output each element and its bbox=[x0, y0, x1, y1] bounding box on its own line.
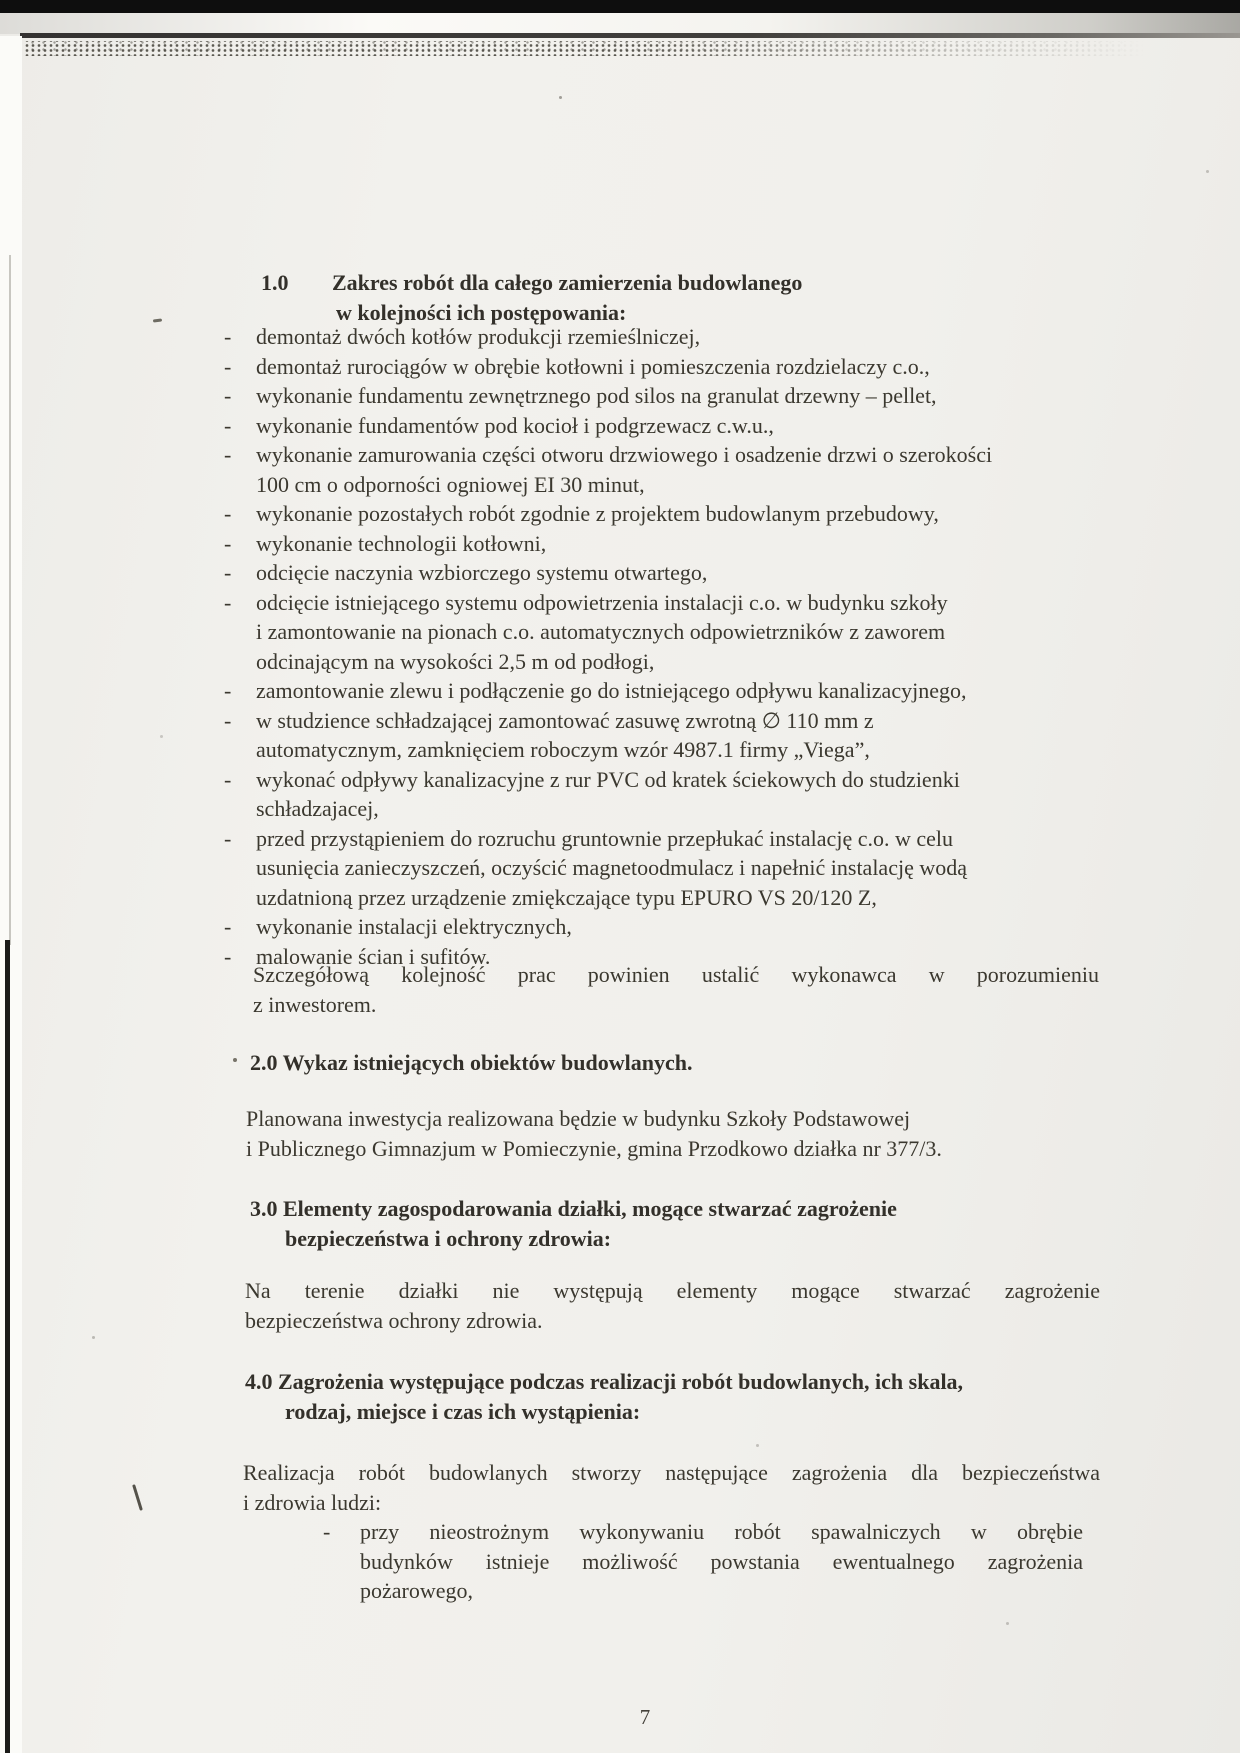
bullet-dash: - bbox=[224, 588, 256, 677]
list-item-line: 100 cm o odporności ogniowej EI 30 minut… bbox=[256, 470, 1116, 500]
section-1-title-line-1: Zakres robót dla całego zamierzenia budo… bbox=[332, 268, 802, 298]
bullet-dash: - bbox=[224, 322, 256, 352]
scan-top-edge bbox=[0, 0, 1240, 13]
scan-mark bbox=[132, 1484, 143, 1511]
sub-item-line: przy nieostrożnym wykonywaniu robót spaw… bbox=[360, 1517, 1083, 1547]
section-3-paragraph: Na terenie działki nie występują element… bbox=[245, 1276, 1100, 1335]
heading-line: 3.0 Elementy zagospodarowania działki, m… bbox=[250, 1194, 897, 1224]
section-2-heading: 2.0 Wykaz istniejących obiektów budowlan… bbox=[250, 1048, 693, 1078]
list-item-line: schładzajacej, bbox=[256, 794, 1116, 824]
section-1-number: 1.0 bbox=[261, 268, 332, 298]
bullet-dash: - bbox=[224, 558, 256, 588]
list-item: - wykonanie fundamentu zewnętrznego pod … bbox=[224, 381, 1124, 411]
speck bbox=[1006, 1622, 1009, 1625]
speck bbox=[160, 735, 163, 738]
list-item: - demontaż dwóch kotłów produkcji rzemie… bbox=[224, 322, 1124, 352]
list-item: - w studzience schładzającej zamontować … bbox=[224, 706, 1124, 765]
list-item-line: odcięcie istniejącego systemu odpowietrz… bbox=[256, 588, 1116, 618]
list-item-line: wykonanie zamurowania części otworu drzw… bbox=[256, 440, 1116, 470]
list-item-line: demontaż dwóch kotłów produkcji rzemieśl… bbox=[256, 322, 1116, 352]
list-item-line: przed przystąpieniem do rozruchu gruntow… bbox=[256, 824, 1116, 854]
list-item: - wykonanie instalacji elektrycznych, bbox=[224, 912, 1124, 942]
list-item-line: wykonanie fundamentów pod kocioł i podgr… bbox=[256, 411, 1116, 441]
list-item-line: zamontowanie zlewu i podłączenie go do i… bbox=[256, 676, 1116, 706]
list-item-line: wykonanie fundamentu zewnętrznego pod si… bbox=[256, 381, 1116, 411]
bullet-dash: - bbox=[224, 411, 256, 441]
scope-of-works-list: - demontaż dwóch kotłów produkcji rzemie… bbox=[224, 322, 1124, 971]
paragraph-line: Realizacja robót budowlanych stworzy nas… bbox=[243, 1458, 1100, 1488]
list-item: - odcięcie istniejącego systemu odpowiet… bbox=[224, 588, 1124, 677]
speck bbox=[92, 1336, 95, 1339]
bullet-dash: - bbox=[224, 529, 256, 559]
section-4-heading: 4.0 Zagrożenia występujące podczas reali… bbox=[245, 1367, 963, 1426]
scan-top-line bbox=[20, 33, 1240, 38]
paragraph-line: z inwestorem. bbox=[253, 990, 1099, 1020]
section-1-closing-paragraph: Szczegółową kolejność prac powinien usta… bbox=[253, 960, 1099, 1019]
heading-line: rodzaj, miejsce i czas ich wystąpienia: bbox=[285, 1397, 963, 1427]
scan-left-edge-faint bbox=[9, 255, 11, 945]
scanned-page: 1.0 Zakres robót dla całego zamierzenia … bbox=[0, 0, 1240, 1753]
bullet-dash: - bbox=[224, 499, 256, 529]
list-item-line: automatycznym, zamknięciem roboczym wzór… bbox=[256, 735, 1116, 765]
list-item: - wykonać odpływy kanalizacyjne z rur PV… bbox=[224, 765, 1124, 824]
section-4-paragraph: Realizacja robót budowlanych stworzy nas… bbox=[243, 1458, 1100, 1517]
list-item: - odcięcie naczynia wzbiorczego systemu … bbox=[224, 558, 1124, 588]
list-item: - zamontowanie zlewu i podłączenie go do… bbox=[224, 676, 1124, 706]
sub-item-line: pożarowego, bbox=[360, 1576, 1083, 1606]
section-4-sub-item: - przy nieostrożnym wykonywaniu robót sp… bbox=[323, 1517, 1083, 1606]
bullet-dash: - bbox=[224, 824, 256, 913]
list-item: - demontaż rurociągów w obrębie kotłowni… bbox=[224, 352, 1124, 382]
heading-line: bezpieczeństwa i ochrony zdrowia: bbox=[285, 1224, 897, 1254]
bullet-dash: - bbox=[224, 765, 256, 824]
scan-left-edge-dark bbox=[5, 940, 10, 1753]
bullet-dash: - bbox=[224, 381, 256, 411]
bullet-dash: - bbox=[323, 1517, 360, 1606]
list-item-line: w studzience schładzającej zamontować za… bbox=[256, 706, 1116, 736]
scan-left-strip bbox=[0, 36, 22, 1753]
paragraph-line: i zdrowia ludzi: bbox=[243, 1488, 1100, 1518]
section-1-heading: 1.0 Zakres robót dla całego zamierzenia … bbox=[261, 268, 802, 327]
section-2-paragraph: Planowana inwestycja realizowana będzie … bbox=[246, 1104, 1126, 1163]
heading-line: 4.0 Zagrożenia występujące podczas reali… bbox=[245, 1367, 963, 1397]
list-item-line: uzdatnioną przez urządzenie zmiękczające… bbox=[256, 883, 1116, 913]
bullet-dash: - bbox=[224, 440, 256, 499]
bullet-dash: - bbox=[224, 942, 256, 972]
scan-noise-row bbox=[24, 41, 1144, 56]
list-item-line: wykonać odpływy kanalizacyjne z rur PVC … bbox=[256, 765, 1116, 795]
list-item: - wykonanie technologii kotłowni, bbox=[224, 529, 1124, 559]
sub-item-line: budynków istnieje możliwość powstania ew… bbox=[360, 1547, 1083, 1577]
scan-mark bbox=[233, 1058, 237, 1062]
list-item: - wykonanie zamurowania części otworu dr… bbox=[224, 440, 1124, 499]
list-item-line: odcinającym na wysokości 2,5 m od podłog… bbox=[256, 647, 1116, 677]
list-item-line: wykonanie instalacji elektrycznych, bbox=[256, 912, 1116, 942]
paragraph-line: i Publicznego Gimnazjum w Pomieczynie, g… bbox=[246, 1134, 1126, 1164]
list-item-line: odcięcie naczynia wzbiorczego systemu ot… bbox=[256, 558, 1116, 588]
speck bbox=[559, 96, 562, 99]
list-item: - przed przystąpieniem do rozruchu grunt… bbox=[224, 824, 1124, 913]
list-item-line: wykonanie pozostałych robót zgodnie z pr… bbox=[256, 499, 1116, 529]
list-item-line: wykonanie technologii kotłowni, bbox=[256, 529, 1116, 559]
page-number: 7 bbox=[600, 1705, 690, 1730]
bullet-dash: - bbox=[224, 706, 256, 765]
speck bbox=[1206, 170, 1209, 173]
paragraph-line: bezpieczeństwa ochrony zdrowia. bbox=[245, 1306, 1100, 1336]
paragraph-line: Na terenie działki nie występują element… bbox=[245, 1276, 1100, 1306]
section-3-heading: 3.0 Elementy zagospodarowania działki, m… bbox=[250, 1194, 897, 1253]
list-item-line: demontaż rurociągów w obrębie kotłowni i… bbox=[256, 352, 1116, 382]
paragraph-line: Szczegółową kolejność prac powinien usta… bbox=[253, 960, 1099, 990]
bullet-dash: - bbox=[224, 676, 256, 706]
scan-mark bbox=[153, 318, 162, 322]
paragraph-line: Planowana inwestycja realizowana będzie … bbox=[246, 1104, 1126, 1134]
speck bbox=[756, 1444, 759, 1447]
bullet-dash: - bbox=[224, 352, 256, 382]
bullet-dash: - bbox=[224, 912, 256, 942]
list-item: - wykonanie fundamentów pod kocioł i pod… bbox=[224, 411, 1124, 441]
scan-top-band bbox=[0, 13, 1240, 34]
list-item-line: usunięcia zanieczyszczeń, oczyścić magne… bbox=[256, 853, 1116, 883]
list-item-line: i zamontowanie na pionach c.o. automatyc… bbox=[256, 617, 1116, 647]
list-item: - wykonanie pozostałych robót zgodnie z … bbox=[224, 499, 1124, 529]
